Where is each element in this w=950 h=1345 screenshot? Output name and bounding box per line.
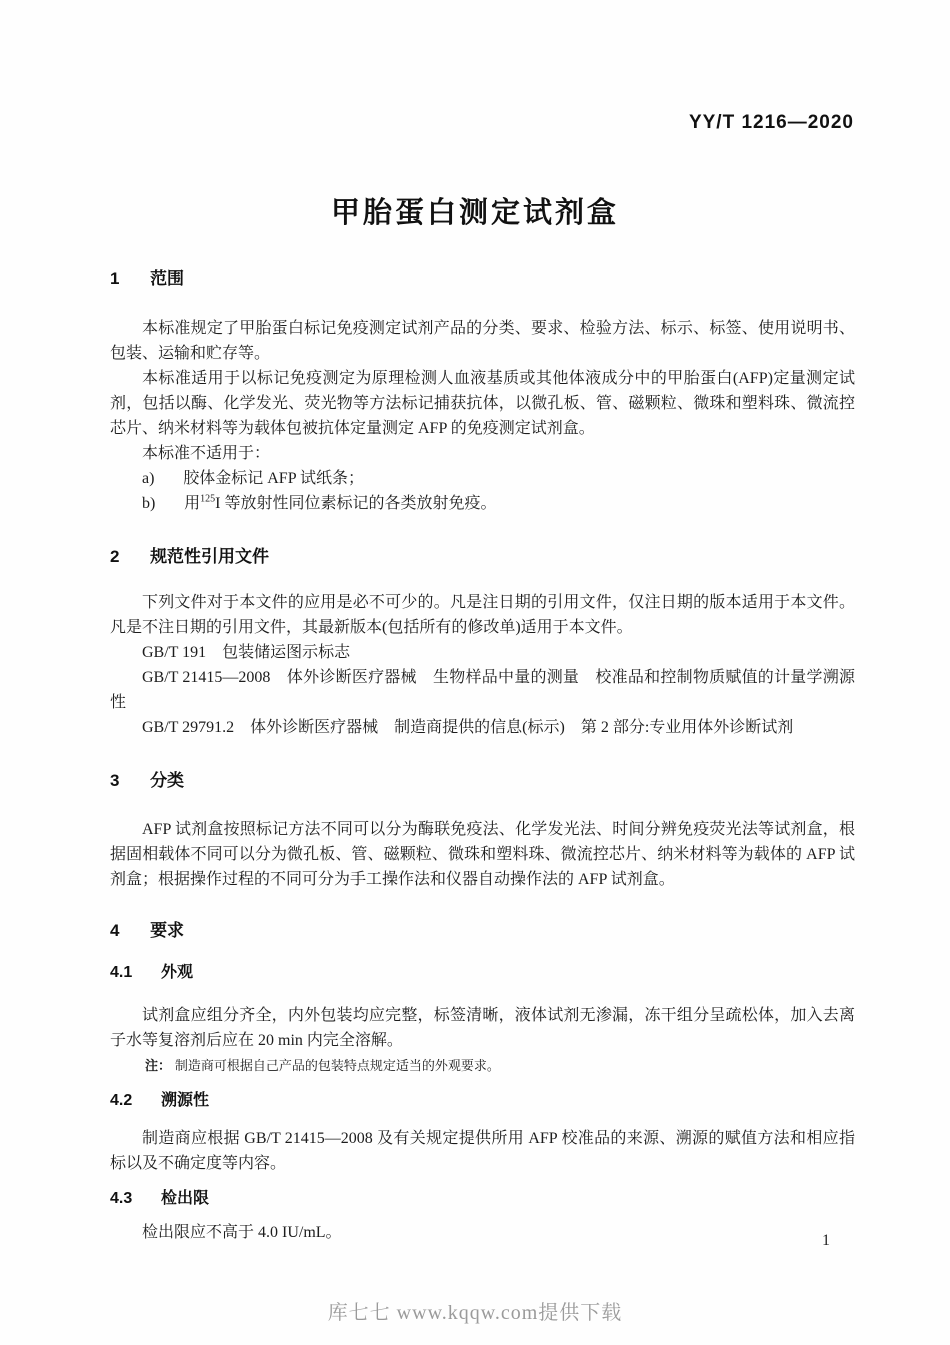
traceability-paragraph: 制造商应根据 GB/T 21415—2008 及有关规定提供所用 AFP 校准品…: [110, 1126, 855, 1176]
note-text: 制造商可根据自己产品的包装特点规定适当的外观要求。: [175, 1058, 500, 1073]
section-number: 3: [110, 771, 119, 790]
section-title: 分类: [150, 771, 184, 790]
document-body: 1范围 本标准规定了甲胎蛋白标记免疫测定试剂产品的分类、要求、检验方法、标示、标…: [110, 268, 855, 1245]
appearance-paragraph: 试剂盒应组分齐全，内外包装均应完整，标签清晰，液体试剂无渗漏，冻干组分呈疏松体，…: [110, 1003, 855, 1053]
list-item-text: 胶体金标记 AFP 试纸条；: [183, 470, 364, 487]
section-number: 4.2: [110, 1092, 132, 1109]
reference-gbt21415: GB/T 21415—2008 体外诊断医疗器械 生物样品中量的测量 校准品和控…: [110, 665, 855, 715]
reference-gbt191: GB/T 191 包装储运图示标志: [110, 640, 855, 665]
section-1-heading: 1范围: [110, 268, 855, 290]
isotope-suffix: I 等放射性同位素标记的各类放射免疫。: [215, 495, 496, 512]
section-4-3-heading: 4.3检出限: [110, 1188, 855, 1210]
section-number: 1: [110, 269, 119, 288]
scope-paragraph-1: 本标准规定了甲胎蛋白标记免疫测定试剂产品的分类、要求、检验方法、标示、标签、使用…: [110, 316, 855, 366]
section-number: 4: [110, 921, 119, 940]
list-item-b: b)用125I 等放射性同位素标记的各类放射免疫。: [110, 491, 855, 516]
list-item-text: 用125I 等放射性同位素标记的各类放射免疫。: [184, 495, 496, 512]
section-title: 检出限: [161, 1190, 209, 1207]
list-item-a: a)胶体金标记 AFP 试纸条；: [110, 466, 855, 491]
watermark: 库七七 www.kqqw.com提供下载: [0, 1296, 950, 1325]
section-title: 规范性引用文件: [150, 547, 269, 566]
standard-code: YY/T 1216—2020: [689, 112, 854, 134]
scope-paragraph-2: 本标准适用于以标记免疫测定为原理检测人血液基质或其他体液成分中的甲胎蛋白(AFP…: [110, 366, 855, 441]
references-intro-paragraph: 下列文件对于本文件的应用是必不可少的。凡是注日期的引用文件，仅注日期的版本适用于…: [110, 590, 855, 640]
section-number: 4.1: [110, 964, 132, 981]
section-number: 2: [110, 547, 119, 566]
section-title: 溯源性: [161, 1092, 209, 1109]
section-4-1-heading: 4.1外观: [110, 962, 855, 984]
scope-paragraph-3: 本标准不适用于：: [110, 441, 855, 466]
section-number: 4.3: [110, 1190, 132, 1207]
section-3-heading: 3分类: [110, 770, 855, 792]
classification-paragraph: AFP 试剂盒按照标记方法不同可以分为酶联免疫法、化学发光法、时间分辨免疫荧光法…: [110, 817, 855, 892]
list-item-label: a): [142, 470, 154, 487]
section-title: 要求: [150, 921, 184, 940]
note: 注：制造商可根据自己产品的包装特点规定适当的外观要求。: [110, 1056, 855, 1076]
section-title: 外观: [161, 964, 193, 981]
list-item-label: b): [142, 495, 155, 512]
section-2-heading: 2规范性引用文件: [110, 546, 855, 568]
isotope-prefix: 用: [184, 495, 200, 512]
detection-limit-paragraph: 检出限应不高于 4.0 IU/mL。: [110, 1220, 855, 1245]
document-title: 甲胎蛋白测定试剂盒: [0, 190, 950, 231]
section-4-2-heading: 4.2溯源性: [110, 1090, 855, 1112]
page-number: 1: [822, 1232, 830, 1250]
section-4-heading: 4要求: [110, 920, 855, 942]
note-label: 注：: [145, 1058, 171, 1073]
reference-gbt29791: GB/T 29791.2 体外诊断医疗器械 制造商提供的信息(标示) 第 2 部…: [110, 715, 855, 740]
isotope-superscript: 125: [200, 494, 215, 505]
document-page: YY/T 1216—2020 甲胎蛋白测定试剂盒 1范围 本标准规定了甲胎蛋白标…: [0, 0, 950, 1345]
section-title: 范围: [150, 269, 184, 288]
